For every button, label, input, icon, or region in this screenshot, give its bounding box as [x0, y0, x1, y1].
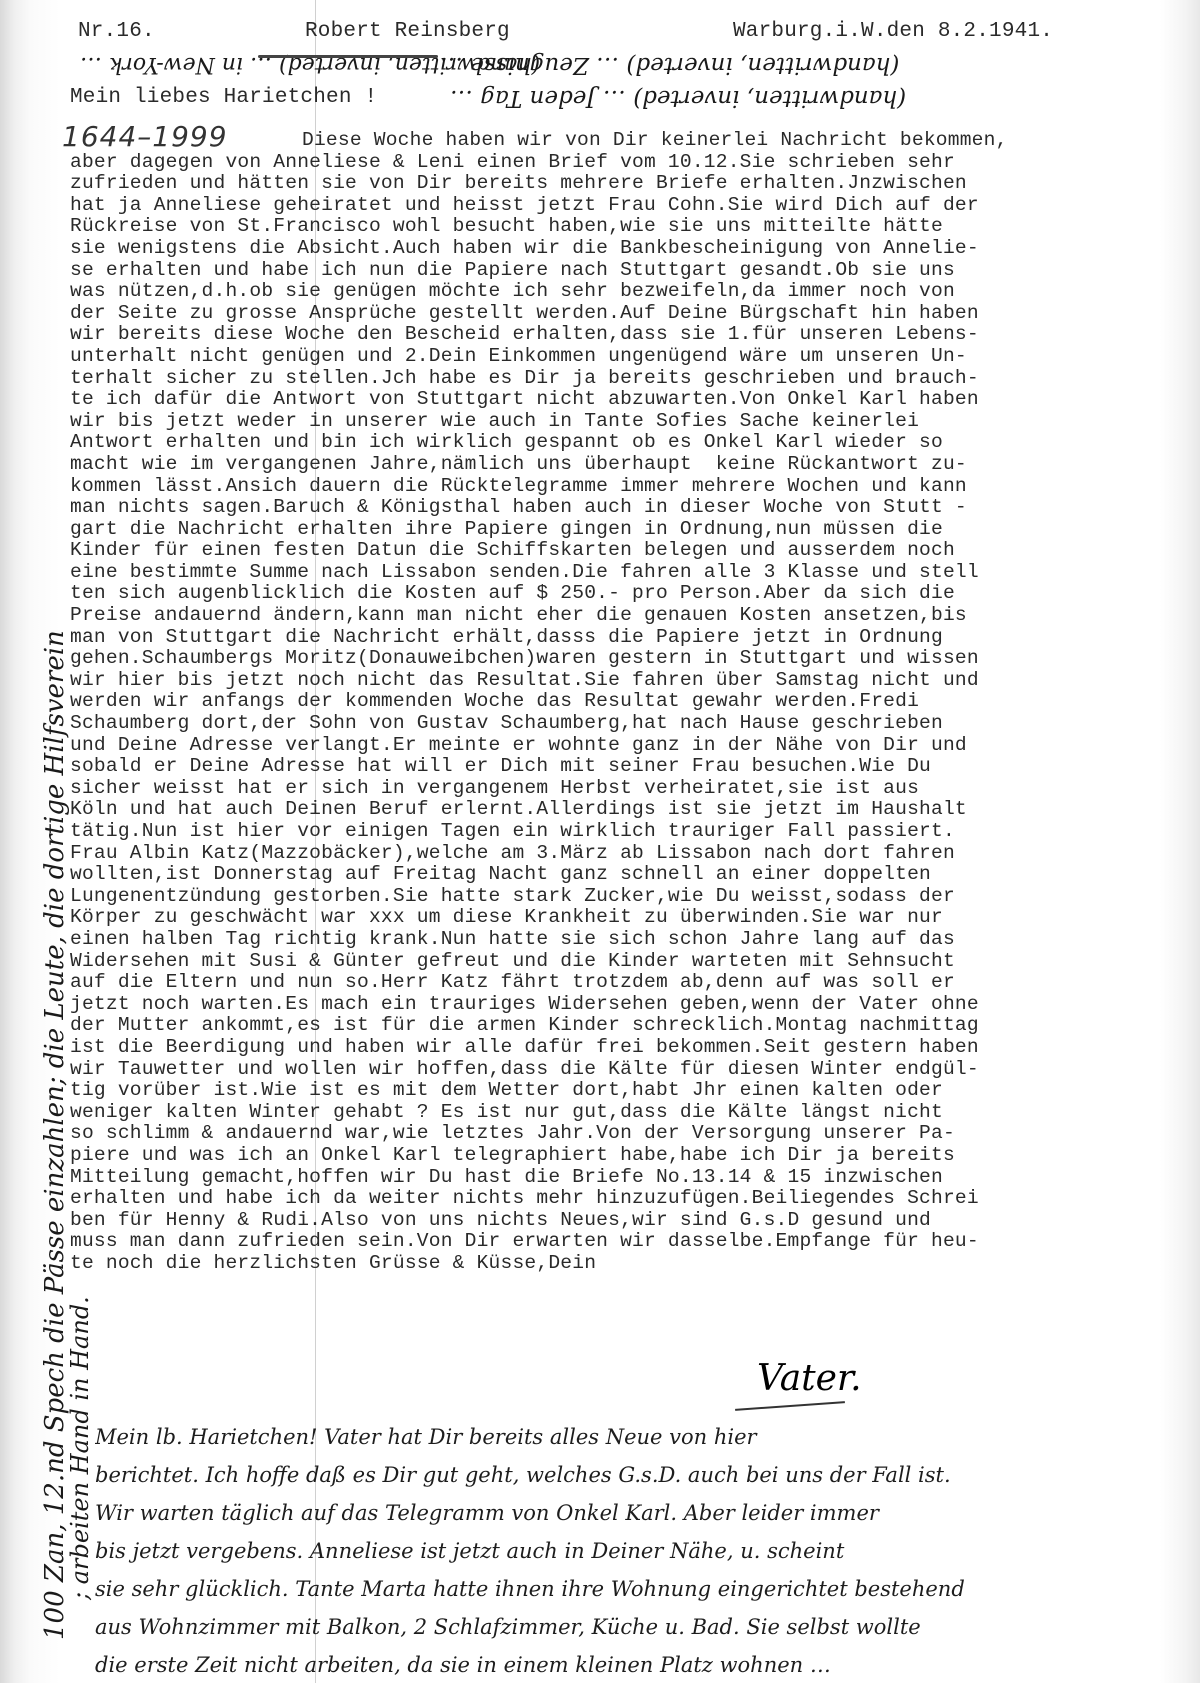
body-line: weniger kalten Winter gehabt ? Es ist nu…	[70, 1102, 1008, 1124]
body-line: se erhalten und habe ich nun die Papiere…	[70, 260, 1008, 282]
body-line: te noch die herzlichsten Grüsse & Küsse,…	[70, 1253, 1008, 1275]
signature-underline	[735, 1401, 845, 1411]
signature: Vater.	[757, 1358, 862, 1399]
body-line: erhalten und habe ich da weiter nichts m…	[70, 1188, 1008, 1210]
body-line: so schlimm & andauernd war,wie letztes J…	[70, 1123, 1008, 1145]
body-line: hat ja Anneliese geheiratet und heisst j…	[70, 195, 1008, 217]
body-line: der Mutter ankommt,es ist für die armen …	[70, 1015, 1008, 1037]
body-line: auf die Eltern und nun so.Herr Katz fähr…	[70, 972, 1008, 994]
body-line: einen halben Tag richtig krank.Nun hatte…	[70, 929, 1008, 951]
body-line: muss man dann zufrieden sein.Von Dir erw…	[70, 1231, 1008, 1253]
body-line: und Deine Adresse verlangt.Er meinte er …	[70, 735, 1008, 757]
letter-page: (handwritten, inverted) … in New-York … …	[0, 0, 1200, 1683]
body-line: te ich dafür die Antwort von Stuttgart n…	[70, 389, 1008, 411]
upside-down-handwriting-1: (handwritten, inverted) … Zeugnisse …	[440, 52, 899, 78]
body-line: sobald er Deine Adresse hat will er Dich…	[70, 756, 1008, 778]
body-line: Frau Albin Katz(Mazzobäcker),welche am 3…	[70, 843, 1008, 865]
body-line: Antwort erhalten und bin ich wirklich ge…	[70, 432, 1008, 454]
body-line: gehen.Schaumbergs Moritz(Donauweibchen)w…	[70, 648, 1008, 670]
body-line: tig vorüber ist.Wie ist es mit dem Wette…	[70, 1080, 1008, 1102]
postscript-line: bis jetzt vergebens. Anneliese ist jetzt…	[95, 1532, 1175, 1570]
postscript-line: aus Wohnzimmer mit Balkon, 2 Schlafzimme…	[95, 1608, 1175, 1646]
body-line: ist die Beerdigung und haben wir alle da…	[70, 1037, 1008, 1059]
body-line: wir hier bis jetzt noch nicht das Result…	[70, 670, 1008, 692]
body-line: Kinder für einen festen Datun die Schiff…	[70, 540, 1008, 562]
body-line: sie wenigstens die Absicht.Auch haben wi…	[70, 238, 1008, 260]
body-line: man nichts sagen.Baruch & Königsthal hab…	[70, 497, 1008, 519]
body-line: ten sich augenblicklich die Kosten auf $…	[70, 583, 1008, 605]
body-line: werden wir anfangs der kommenden Woche d…	[70, 691, 1008, 713]
body-line: Lungenentzündung gestorben.Sie hatte sta…	[70, 886, 1008, 908]
place-and-date: Warburg.i.W.den 8.2.1941.	[733, 20, 1053, 43]
body-line: Widersehen mit Susi & Günter gefreut und…	[70, 951, 1008, 973]
salutation: Mein liebes Harietchen !	[70, 86, 377, 109]
body-line: jetzt noch warten.Es mach ein trauriges …	[70, 994, 1008, 1016]
postscript-line: die erste Zeit nicht arbeiten, da sie in…	[95, 1646, 1175, 1683]
body-line: kommen lässt.Ansich dauern die Rückteleg…	[70, 476, 1008, 498]
body-line: Mitteilung gemacht,hoffen wir Du hast di…	[70, 1167, 1008, 1189]
body-line: Diese Woche haben wir von Dir keinerlei …	[70, 130, 1008, 152]
postscript-line: sie sehr glücklich. Tante Marta hatte ih…	[95, 1570, 1175, 1608]
body-line: was nützen,d.h.ob sie genügen möchte ich…	[70, 281, 1008, 303]
body-line: Schaumberg dort,der Sohn von Gustav Scha…	[70, 713, 1008, 735]
postscript-line: berichtet. Ich hoffe daß es Dir gut geht…	[95, 1456, 1175, 1494]
upside-down-handwriting-2: (handwritten, inverted) … Jeden Tag …	[450, 85, 906, 111]
body-line: Rückreise von St.Francisco wohl besucht …	[70, 216, 1008, 238]
body-line: piere und was ich an Onkel Karl telegrap…	[70, 1145, 1008, 1167]
body-line: Preise andauernd ändern,kann man nicht e…	[70, 605, 1008, 627]
body-line: zufrieden und hätten sie von Dir bereits…	[70, 173, 1008, 195]
body-line: tätig.Nun ist hier vor einigen Tagen ein…	[70, 821, 1008, 843]
body-line: macht wie im vergangenen Jahre,nämlich u…	[70, 454, 1008, 476]
body-line: terhalt sicher zu stellen.Jch habe es Di…	[70, 368, 1008, 390]
body-line: Körper zu geschwächt war xxx um diese Kr…	[70, 907, 1008, 929]
body-line: gart die Nachricht erhalten ihre Papiere…	[70, 519, 1008, 541]
postscript-line: Mein lb. Harietchen! Vater hat Dir berei…	[95, 1418, 1175, 1456]
body-line: wir Tauwetter und wollen wir hoffen,dass…	[70, 1059, 1008, 1081]
body-line: man von Stuttgart die Nachricht erhält,d…	[70, 627, 1008, 649]
body-line: unterhalt nicht genügen und 2.Dein Einko…	[70, 346, 1008, 368]
margin-note-vertical-2: ; arbeiten Hand in Hand.	[66, 1296, 94, 1600]
sender-underline	[258, 55, 438, 58]
body-line: eine bestimmte Summe nach Lissabon sende…	[70, 562, 1008, 584]
letter-number: Nr.16.	[78, 20, 155, 43]
body-line: aber dagegen von Anneliese & Leni einen …	[70, 152, 1008, 174]
body-line: der Seite zu grosse Ansprüche gestellt w…	[70, 303, 1008, 325]
handwritten-postscript: Mein lb. Harietchen! Vater hat Dir berei…	[95, 1418, 1175, 1683]
body-line: wir bis jetzt weder in unserer wie auch …	[70, 411, 1008, 433]
sender-name: Robert Reinsberg	[305, 20, 510, 43]
body-line: Köln und hat auch Deinen Beruf erlernt.A…	[70, 799, 1008, 821]
letter-body: Diese Woche haben wir von Dir keinerlei …	[70, 130, 1008, 1274]
postscript-line: Wir warten täglich auf das Telegramm von…	[95, 1494, 1175, 1532]
body-line: sicher weisst hat er sich in vergangenem…	[70, 778, 1008, 800]
body-line: wollten,ist Donnerstag auf Freitag Nacht…	[70, 864, 1008, 886]
body-line: ben für Henny & Rudi.Also von uns nichts…	[70, 1210, 1008, 1232]
body-line: wir bereits diese Woche den Bescheid erh…	[70, 324, 1008, 346]
